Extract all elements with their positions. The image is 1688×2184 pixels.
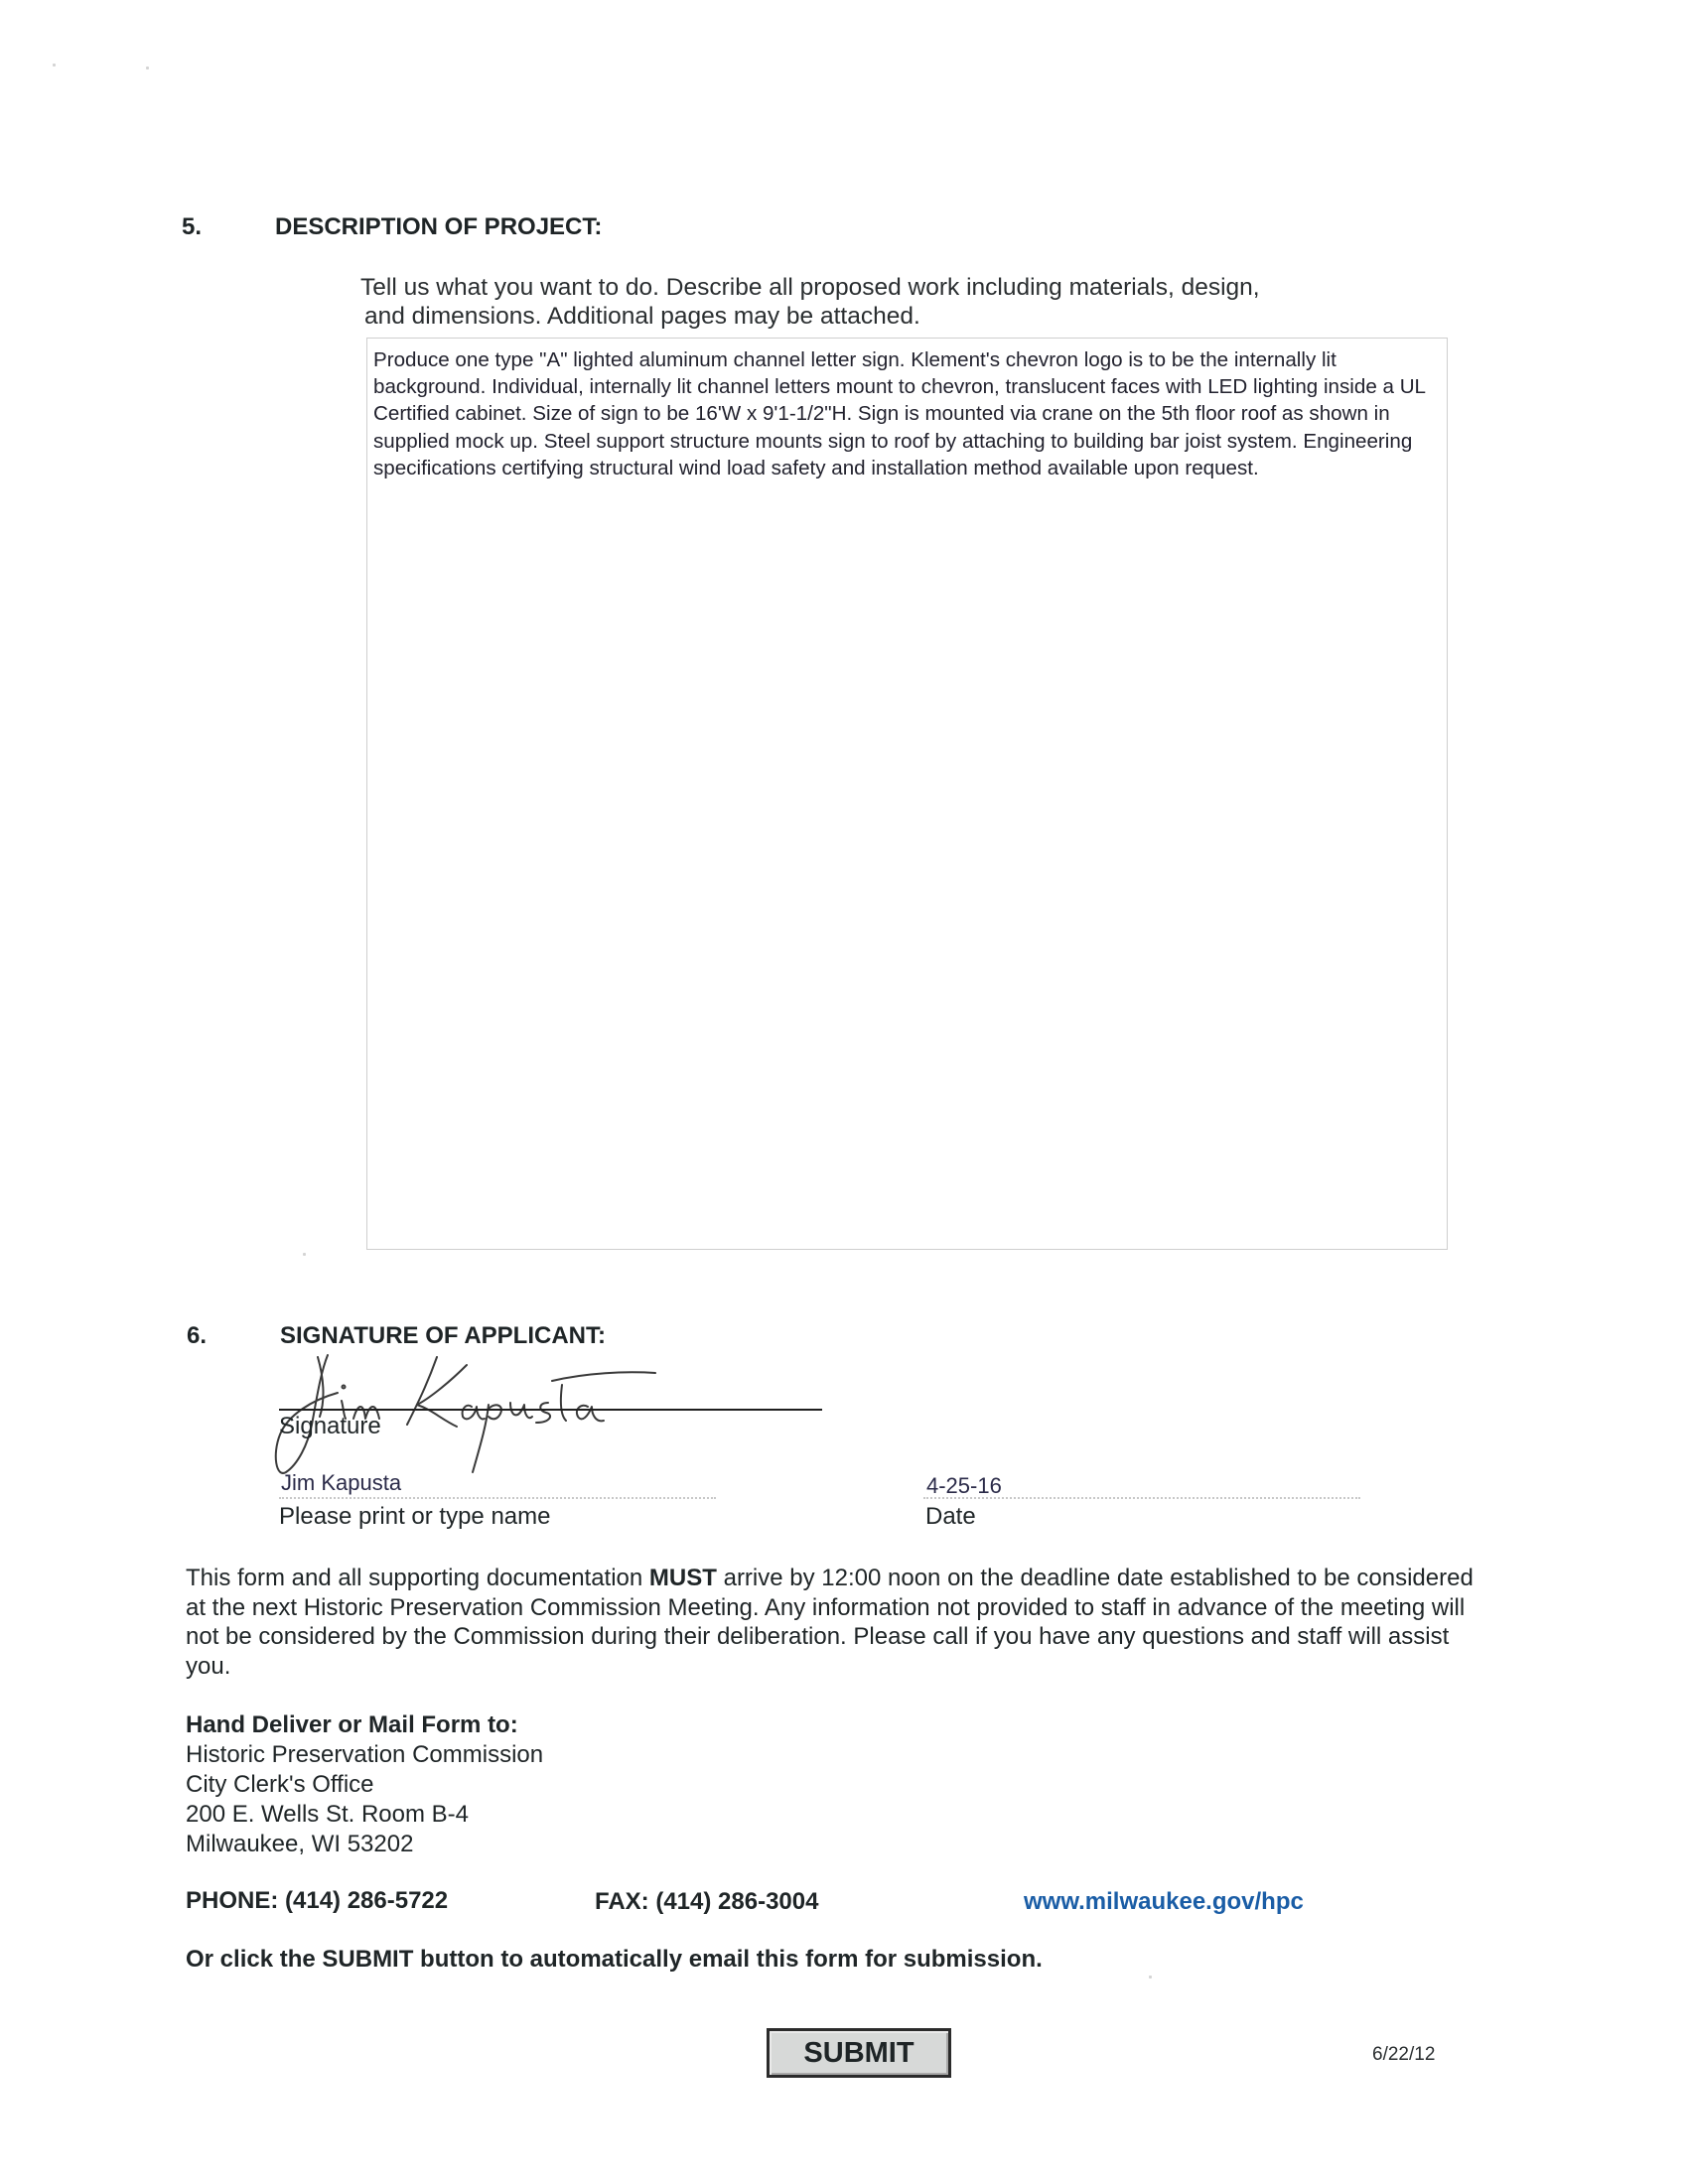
fax-number: FAX: (414) 286-3004 <box>595 1888 818 1916</box>
description-instructions-line-1: Tell us what you want to do. Describe al… <box>360 273 1260 302</box>
signature-label: Signature <box>279 1413 381 1440</box>
date-value[interactable]: 4-25-16 <box>926 1473 1002 1499</box>
scan-artifact <box>303 1253 306 1256</box>
printed-name-label: Please print or type name <box>279 1503 550 1531</box>
notice-text-before: This form and all supporting documentati… <box>186 1565 649 1591</box>
date-line <box>923 1497 1360 1499</box>
scan-artifact <box>146 67 149 69</box>
description-instructions-line-2: and dimensions. Additional pages may be … <box>364 302 920 331</box>
submission-notice: This form and all supporting documentati… <box>186 1564 1477 1681</box>
mailing-address-line: 200 E. Wells St. Room B-4 <box>186 1800 469 1830</box>
scan-artifact <box>1149 1976 1152 1979</box>
printed-name-value[interactable]: Jim Kapusta <box>281 1470 401 1496</box>
submit-instruction: Or click the SUBMIT button to automatica… <box>186 1946 1043 1974</box>
section-5-number: 5. <box>182 213 202 241</box>
notice-emphasis: MUST <box>649 1565 717 1591</box>
website-link[interactable]: www.milwaukee.gov/hpc <box>1024 1888 1304 1916</box>
section-5-title: DESCRIPTION OF PROJECT: <box>275 213 602 241</box>
phone-number: PHONE: (414) 286-5722 <box>186 1887 448 1915</box>
mailing-address-line: City Clerk's Office <box>186 1770 374 1800</box>
signature-line <box>279 1409 822 1411</box>
scan-artifact <box>53 64 56 67</box>
submit-button[interactable]: SUBMIT <box>767 2028 951 2078</box>
mailing-address-line: Historic Preservation Commission <box>186 1740 543 1770</box>
project-description-value: Produce one type "A" lighted aluminum ch… <box>373 346 1444 481</box>
printed-name-line <box>279 1497 716 1499</box>
section-6-number: 6. <box>187 1322 207 1350</box>
mailing-address-line: Milwaukee, WI 53202 <box>186 1830 413 1859</box>
project-description-field[interactable]: Produce one type "A" lighted aluminum ch… <box>366 338 1448 1250</box>
form-version-date: 6/22/12 <box>1372 2044 1435 2066</box>
mailing-heading: Hand Deliver or Mail Form to: <box>186 1710 518 1740</box>
date-label: Date <box>925 1503 976 1531</box>
